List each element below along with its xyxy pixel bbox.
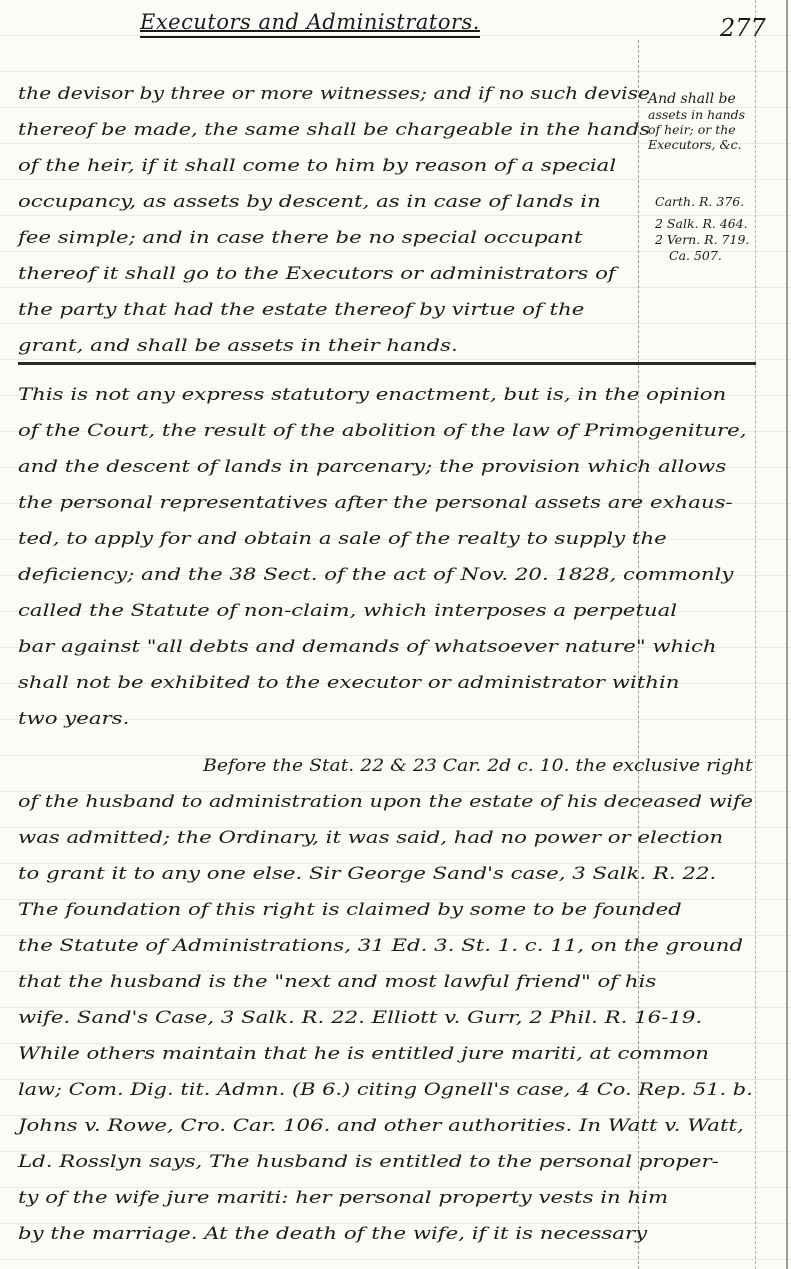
text-line: the devisor by three or more witnesses; … bbox=[18, 76, 650, 112]
text-line: of the husband to administration upon th… bbox=[18, 784, 753, 820]
edge-rule bbox=[755, 0, 756, 1269]
marginal-note-line: of heir; or the bbox=[648, 122, 758, 137]
text-line: and the descent of lands in parcenary; t… bbox=[18, 449, 753, 485]
text-line: This is not any express statutory enactm… bbox=[18, 377, 753, 413]
marginal-references: Carth. R. 376. 2 Salk. R. 464. 2 Vern. R… bbox=[655, 194, 765, 264]
section-3: Before the Stat. 22 & 23 Car. 2d c. 10. … bbox=[18, 748, 753, 1252]
section-1: the devisor by three or more witnesses; … bbox=[18, 76, 650, 364]
marginal-ref: Ca. 507. bbox=[655, 248, 765, 264]
text-line: shall not be exhibited to the executor o… bbox=[18, 665, 753, 701]
section-2: This is not any express statutory enactm… bbox=[18, 377, 753, 737]
text-line: of the Court, the result of the abolitio… bbox=[18, 413, 753, 449]
marginal-note-line: Executors, &c. bbox=[648, 137, 758, 152]
marginal-ref: 2 Salk. R. 464. bbox=[655, 216, 765, 232]
text-line: occupancy, as assets by descent, as in c… bbox=[18, 184, 650, 220]
text-line: deficiency; and the 38 Sect. of the act … bbox=[18, 557, 753, 593]
page-number: 277 bbox=[720, 14, 766, 42]
text-line: thereof be made, the same shall be charg… bbox=[18, 112, 650, 148]
text-line: to grant it to any one else. Sir George … bbox=[18, 856, 753, 892]
text-line: thereof it shall go to the Executors or … bbox=[18, 256, 650, 292]
text-line: While others maintain that he is entitle… bbox=[18, 1036, 753, 1072]
text-line: the party that had the estate thereof by… bbox=[18, 292, 650, 328]
text-line: called the Statute of non-claim, which i… bbox=[18, 593, 753, 629]
text-line: two years. bbox=[18, 701, 753, 737]
text-line: law; Com. Dig. tit. Admn. (B 6.) citing … bbox=[18, 1072, 753, 1108]
marginal-ref: 2 Vern. R. 719. bbox=[655, 232, 765, 248]
marginal-note-line: assets in hands bbox=[648, 107, 758, 122]
page-edge bbox=[786, 0, 788, 1269]
page-title: Executors and Administrators. bbox=[140, 10, 480, 38]
text-line: Johns v. Rowe, Cro. Car. 106. and other … bbox=[18, 1108, 753, 1144]
text-line: that the husband is the "next and most l… bbox=[18, 964, 753, 1000]
text-line: The foundation of this right is claimed … bbox=[18, 892, 753, 928]
text-line: was admitted; the Ordinary, it was said,… bbox=[18, 820, 753, 856]
manuscript-page: Executors and Administrators. 277 the de… bbox=[0, 0, 791, 1269]
section-divider bbox=[18, 362, 756, 365]
marginal-note-line: And shall be bbox=[648, 92, 758, 107]
marginal-note: And shall be assets in hands of heir; or… bbox=[648, 92, 758, 152]
text-line: the personal representatives after the p… bbox=[18, 485, 753, 521]
text-line: ted, to apply for and obtain a sale of t… bbox=[18, 521, 753, 557]
text-line: fee simple; and in case there be no spec… bbox=[18, 220, 650, 256]
text-line: by the marriage. At the death of the wif… bbox=[18, 1216, 753, 1252]
text-line: wife. Sand's Case, 3 Salk. R. 22. Elliot… bbox=[18, 1000, 753, 1036]
text-line: ty of the wife jure mariti: her personal… bbox=[18, 1180, 753, 1216]
marginal-ref: Carth. R. 376. bbox=[655, 194, 765, 210]
text-line: bar against "all debts and demands of wh… bbox=[18, 629, 753, 665]
text-line: grant, and shall be assets in their hand… bbox=[18, 328, 650, 364]
text-line: Before the Stat. 22 & 23 Car. 2d c. 10. … bbox=[18, 748, 753, 784]
text-line: Ld. Rosslyn says, The husband is entitle… bbox=[18, 1144, 753, 1180]
text-line: of the heir, if it shall come to him by … bbox=[18, 148, 650, 184]
text-line: the Statute of Administrations, 31 Ed. 3… bbox=[18, 928, 753, 964]
